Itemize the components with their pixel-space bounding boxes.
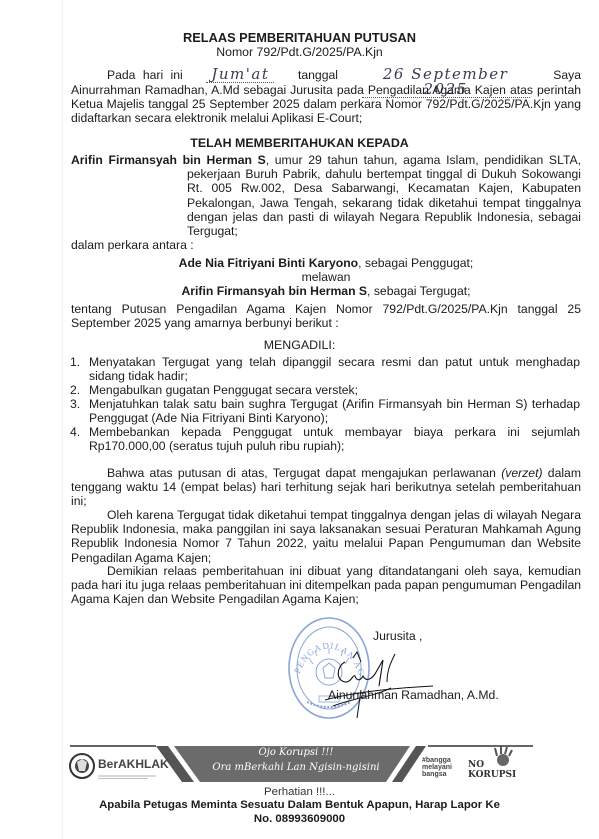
intro-body: Ainurrahman Ramadhan, A.Md sebagai Jurus… (71, 83, 581, 126)
recipient-details: pekerjaan Buruh Pabrik, dahulu bertempat… (187, 167, 581, 238)
berakhlak-logo: BerAKHLAK (98, 757, 169, 771)
intro-suffix: Saya (553, 68, 581, 82)
hand-stop-icon (492, 746, 514, 766)
versus-label: melawan (71, 270, 581, 284)
closing-paragraph-summons: Oleh karena Tergugat tidak diketahui tem… (71, 508, 581, 565)
intro-paragraph: Pada hari ini Jum'at tanggal 26 Septembe… (71, 67, 581, 126)
recipient-block: Arifin Firmansyah bin Herman S, umur 29 … (71, 153, 581, 238)
recipient-details-first: , umur 29 tahun tahun, agama Islam, pend… (266, 153, 581, 167)
parties-intro: dalam perkara antara : (71, 238, 194, 252)
plaintiff-line: Ade Nia Fitriyani Binti Karyono, sebagai… (71, 256, 581, 270)
signature-scribble (325, 640, 435, 720)
bangga-melayani-logo: #bangga melayani bangsa (422, 757, 464, 778)
ruling-item-number: 4. (70, 425, 88, 439)
date-label: tanggal (298, 68, 338, 82)
day-field: Jum'at (206, 67, 274, 83)
ruling-item-number: 1. (70, 355, 88, 369)
ruling-item-number: 3. (70, 397, 88, 411)
parties-block: Ade Nia Fitriyani Binti Karyono, sebagai… (71, 256, 581, 299)
scan-margin-line (62, 0, 63, 839)
document-title: RELAAS PEMBERITAHUAN PUTUSAN (0, 30, 599, 45)
banner-slogan-line2: Ora mBerkahi Lan Ngisin-ngisini (186, 762, 406, 773)
ruling-item-text: Mengabulkan gugatan Penggugat secara ver… (89, 383, 580, 397)
document-number: Nomor 792/Pdt.G/2025/PA.Kjn (0, 45, 599, 59)
document-page: RELAAS PEMBERITAHUAN PUTUSAN Nomor 792/P… (0, 0, 599, 839)
day-handwritten: Jum'at (211, 65, 269, 83)
plaintiff-name: Ade Nia Fitriyani Binti Karyono (179, 256, 358, 270)
ruling-intro: tentang Putusan Pengadilan Agama Kajen N… (71, 302, 581, 330)
intro-first-line: Pada hari ini Jum'at tanggal 26 Septembe… (71, 67, 581, 83)
defendant-line: Arifin Firmansyah bin Herman S, sebagai … (71, 284, 581, 298)
footer-message: Apabila Petugas Meminta Sesuatu Dalam Be… (0, 799, 599, 813)
closing-paragraph-verzet: Bahwa atas putusan di atas, Tergugat dap… (71, 466, 581, 509)
defendant-name: Arifin Firmansyah bin Herman S (181, 284, 367, 298)
banner-slogan-line1: Ojo Korupsi !!! (186, 747, 406, 758)
anti-corruption-banner: BerAKHLAK Ojo Korupsi !!! Ora mBerkahi L… (68, 744, 533, 784)
ruling-item-text: Menyatakan Tergugat yang telah dipanggil… (89, 355, 580, 383)
ruling-item-text: Menjatuhkan talak satu bain sughra Tergu… (89, 397, 580, 425)
ruling-item-text: Membebankan kepada Penggugat untuk memba… (89, 425, 580, 453)
ruling-heading: MENGADILI: (0, 338, 599, 352)
footer-report-message: Apabila Petugas Meminta Sesuatu Dalam Be… (0, 799, 599, 826)
recipient-name: Arifin Firmansyah bin Herman S (71, 153, 266, 167)
footer-attention: Perhatian !!!... (0, 786, 599, 798)
signatory-name: Ainurrahman Ramadhan, A.Md. (328, 688, 499, 702)
ruling-item-number: 2. (70, 383, 88, 397)
defendant-role: , sebagai Tergugat; (367, 284, 470, 298)
plaintiff-role: , sebagai Penggugat; (358, 256, 473, 270)
verzet-text-before: Bahwa atas putusan di atas, Tergugat dap… (107, 466, 501, 480)
closing-paragraph-posting: Demikian relaas pemberitahuan ini dibuat… (71, 564, 581, 607)
intro-prefix: Pada hari ini (107, 68, 183, 82)
recipient-first-line: Arifin Firmansyah bin Herman S, umur 29 … (71, 153, 581, 167)
footer-phone: No. 08993609000 (0, 813, 599, 827)
recipient-heading: TELAH MEMBERITAHUKAN KEPADA (0, 136, 599, 150)
verzet-term: (verzet) (501, 466, 542, 480)
